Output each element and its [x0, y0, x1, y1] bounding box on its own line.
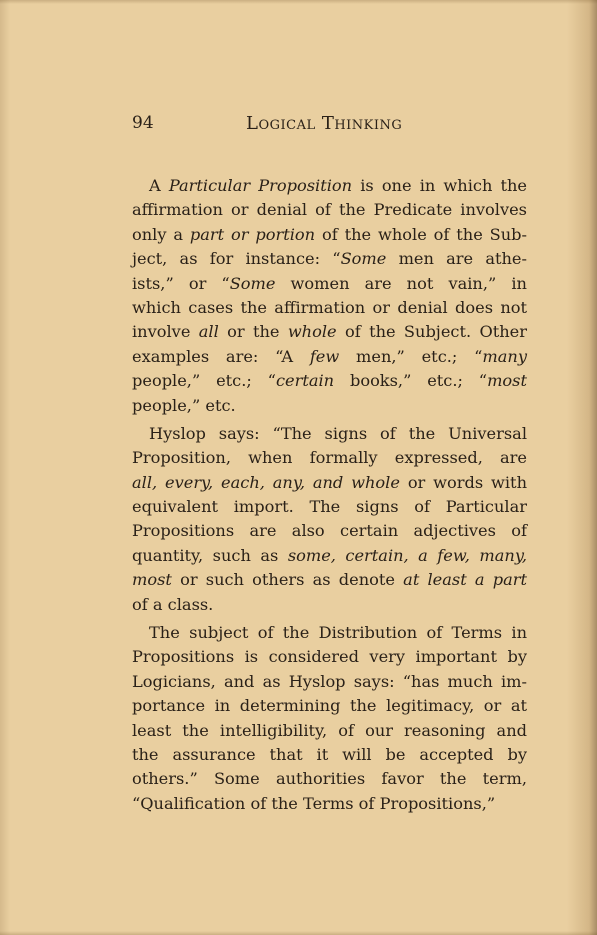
text-line: only a part or portion of the whole of t…	[132, 223, 527, 247]
text-line: people,” etc.	[132, 394, 527, 418]
text-line: equivalent import. The signs of Particul…	[132, 495, 527, 519]
text-line: most or such others as denote at least a…	[132, 568, 527, 592]
text-line: others.” Some authorities favor the term…	[132, 767, 527, 791]
page-body: A Particular Proposition is one in which…	[132, 174, 527, 816]
italic-emphasis: Some	[230, 274, 276, 293]
text-line: affirmation or denial of the Predicate i…	[132, 198, 527, 222]
text-line: Propositions is considered very importan…	[132, 645, 527, 669]
text-line: the assurance that it will be accepted b…	[132, 743, 527, 767]
italic-emphasis: whole	[288, 322, 337, 341]
italic-emphasis: Particular Proposition	[169, 176, 352, 195]
paragraph-particular-proposition: A Particular Proposition is one in which…	[132, 174, 527, 418]
italic-emphasis: all, every, each, any, and whole	[132, 473, 400, 492]
text-line: “Qualification of the Terms of Propositi…	[132, 792, 527, 816]
italic-emphasis: most	[487, 371, 527, 390]
italic-emphasis: many	[482, 347, 527, 366]
text-line: least the intelligibility, of our reason…	[132, 719, 527, 743]
paragraph-hyslop-signs: Hyslop says: “The signs of the Universal…	[132, 422, 527, 617]
page-number: 94	[132, 113, 154, 133]
text-line: which cases the affirmation or denial do…	[132, 296, 527, 320]
italic-emphasis: few	[310, 347, 339, 366]
text-line: The subject of the Distribution of Terms…	[132, 621, 527, 645]
text-line: all, every, each, any, and whole or word…	[132, 471, 527, 495]
italic-emphasis: part or portion	[190, 225, 315, 244]
italic-emphasis: at least a part	[403, 570, 527, 589]
italic-emphasis: Some	[341, 249, 387, 268]
text-line: Hyslop says: “The signs of the Universal	[132, 422, 527, 446]
text-line: Proposition, when formally expressed, ar…	[132, 446, 527, 470]
italic-emphasis: most	[132, 570, 172, 589]
text-line: of a class.	[132, 593, 527, 617]
text-line: portance in determining the legitimacy, …	[132, 694, 527, 718]
book-page: 94 Logical Thinking A Particular Proposi…	[0, 0, 597, 935]
italic-emphasis: all	[199, 322, 219, 341]
italic-emphasis: some, certain, a few, many,	[288, 546, 527, 565]
text-line: people,” etc.; “certain books,” etc.; “m…	[132, 369, 527, 393]
text-line: A Particular Proposition is one in which…	[132, 174, 527, 198]
text-line: quantity, such as some, certain, a few, …	[132, 544, 527, 568]
text-line: ject, as for instance: “Some men are ath…	[132, 247, 527, 271]
text-line: involve all or the whole of the Subject.…	[132, 320, 527, 344]
text-line: ists,” or “Some women are not vain,” in	[132, 272, 527, 296]
page-header: 94 Logical Thinking	[132, 110, 527, 140]
text-line: Propositions are also certain adjectives…	[132, 519, 527, 543]
text-line: Logicians, and as Hyslop says: “has much…	[132, 670, 527, 694]
running-title: Logical Thinking	[246, 113, 402, 134]
italic-emphasis: certain	[276, 371, 334, 390]
text-line: examples are: “A few men,” etc.; “many	[132, 345, 527, 369]
paragraph-distribution-of-terms: The subject of the Distribution of Terms…	[132, 621, 527, 816]
